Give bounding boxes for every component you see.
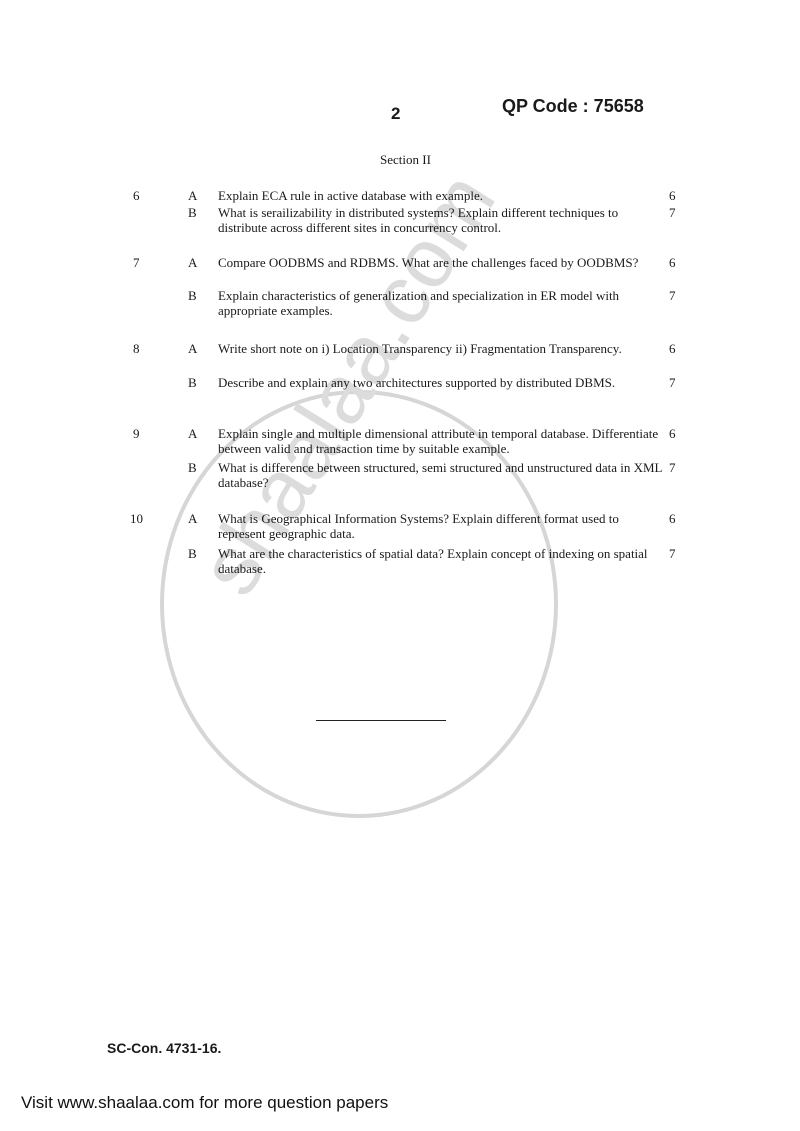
part-text: Compare OODBMS and RDBMS. What are the c… — [218, 255, 668, 270]
part-text: Explain single and multiple dimensional … — [218, 426, 668, 456]
part-text: What are the characteristics of spatial … — [218, 546, 668, 576]
part-label: A — [188, 255, 197, 270]
part-text: What is Geographical Information Systems… — [218, 511, 668, 541]
page-number: 2 — [391, 104, 400, 124]
footer-code: SC-Con. 4731-16. — [107, 1040, 221, 1056]
question-number: 7 — [133, 255, 140, 271]
part-label: B — [188, 460, 197, 475]
part-label: B — [188, 288, 197, 303]
part-marks: 6 — [669, 188, 676, 203]
part-marks: 7 — [669, 460, 676, 475]
part-text: Explain ECA rule in active database with… — [218, 188, 668, 203]
section-title: Section II — [380, 152, 431, 168]
part-marks: 6 — [669, 341, 676, 356]
part-text: Describe and explain any two architectur… — [218, 375, 668, 390]
part-label: B — [188, 205, 197, 220]
part-text: Write short note on i) Location Transpar… — [218, 341, 668, 356]
part-marks: 6 — [669, 511, 676, 526]
part-label: A — [188, 511, 197, 526]
question-number: 10 — [130, 511, 143, 527]
visit-link-text[interactable]: Visit www.shaalaa.com for more question … — [21, 1093, 388, 1113]
question-number: 9 — [133, 426, 140, 442]
part-label: A — [188, 426, 197, 441]
part-marks: 6 — [669, 426, 676, 441]
part-label: B — [188, 546, 197, 561]
part-label: B — [188, 375, 197, 390]
qp-code: QP Code : 75658 — [502, 96, 644, 117]
question-number: 6 — [133, 188, 140, 204]
part-marks: 6 — [669, 255, 676, 270]
part-marks: 7 — [669, 205, 676, 220]
part-text: What is difference between structured, s… — [218, 460, 668, 490]
part-label: A — [188, 188, 197, 203]
part-label: A — [188, 341, 197, 356]
part-marks: 7 — [669, 546, 676, 561]
part-marks: 7 — [669, 288, 676, 303]
part-marks: 7 — [669, 375, 676, 390]
end-divider — [316, 720, 446, 721]
question-number: 8 — [133, 341, 140, 357]
part-text: Explain characteristics of generalizatio… — [218, 288, 668, 318]
part-text: What is serailizability in distributed s… — [218, 205, 668, 235]
